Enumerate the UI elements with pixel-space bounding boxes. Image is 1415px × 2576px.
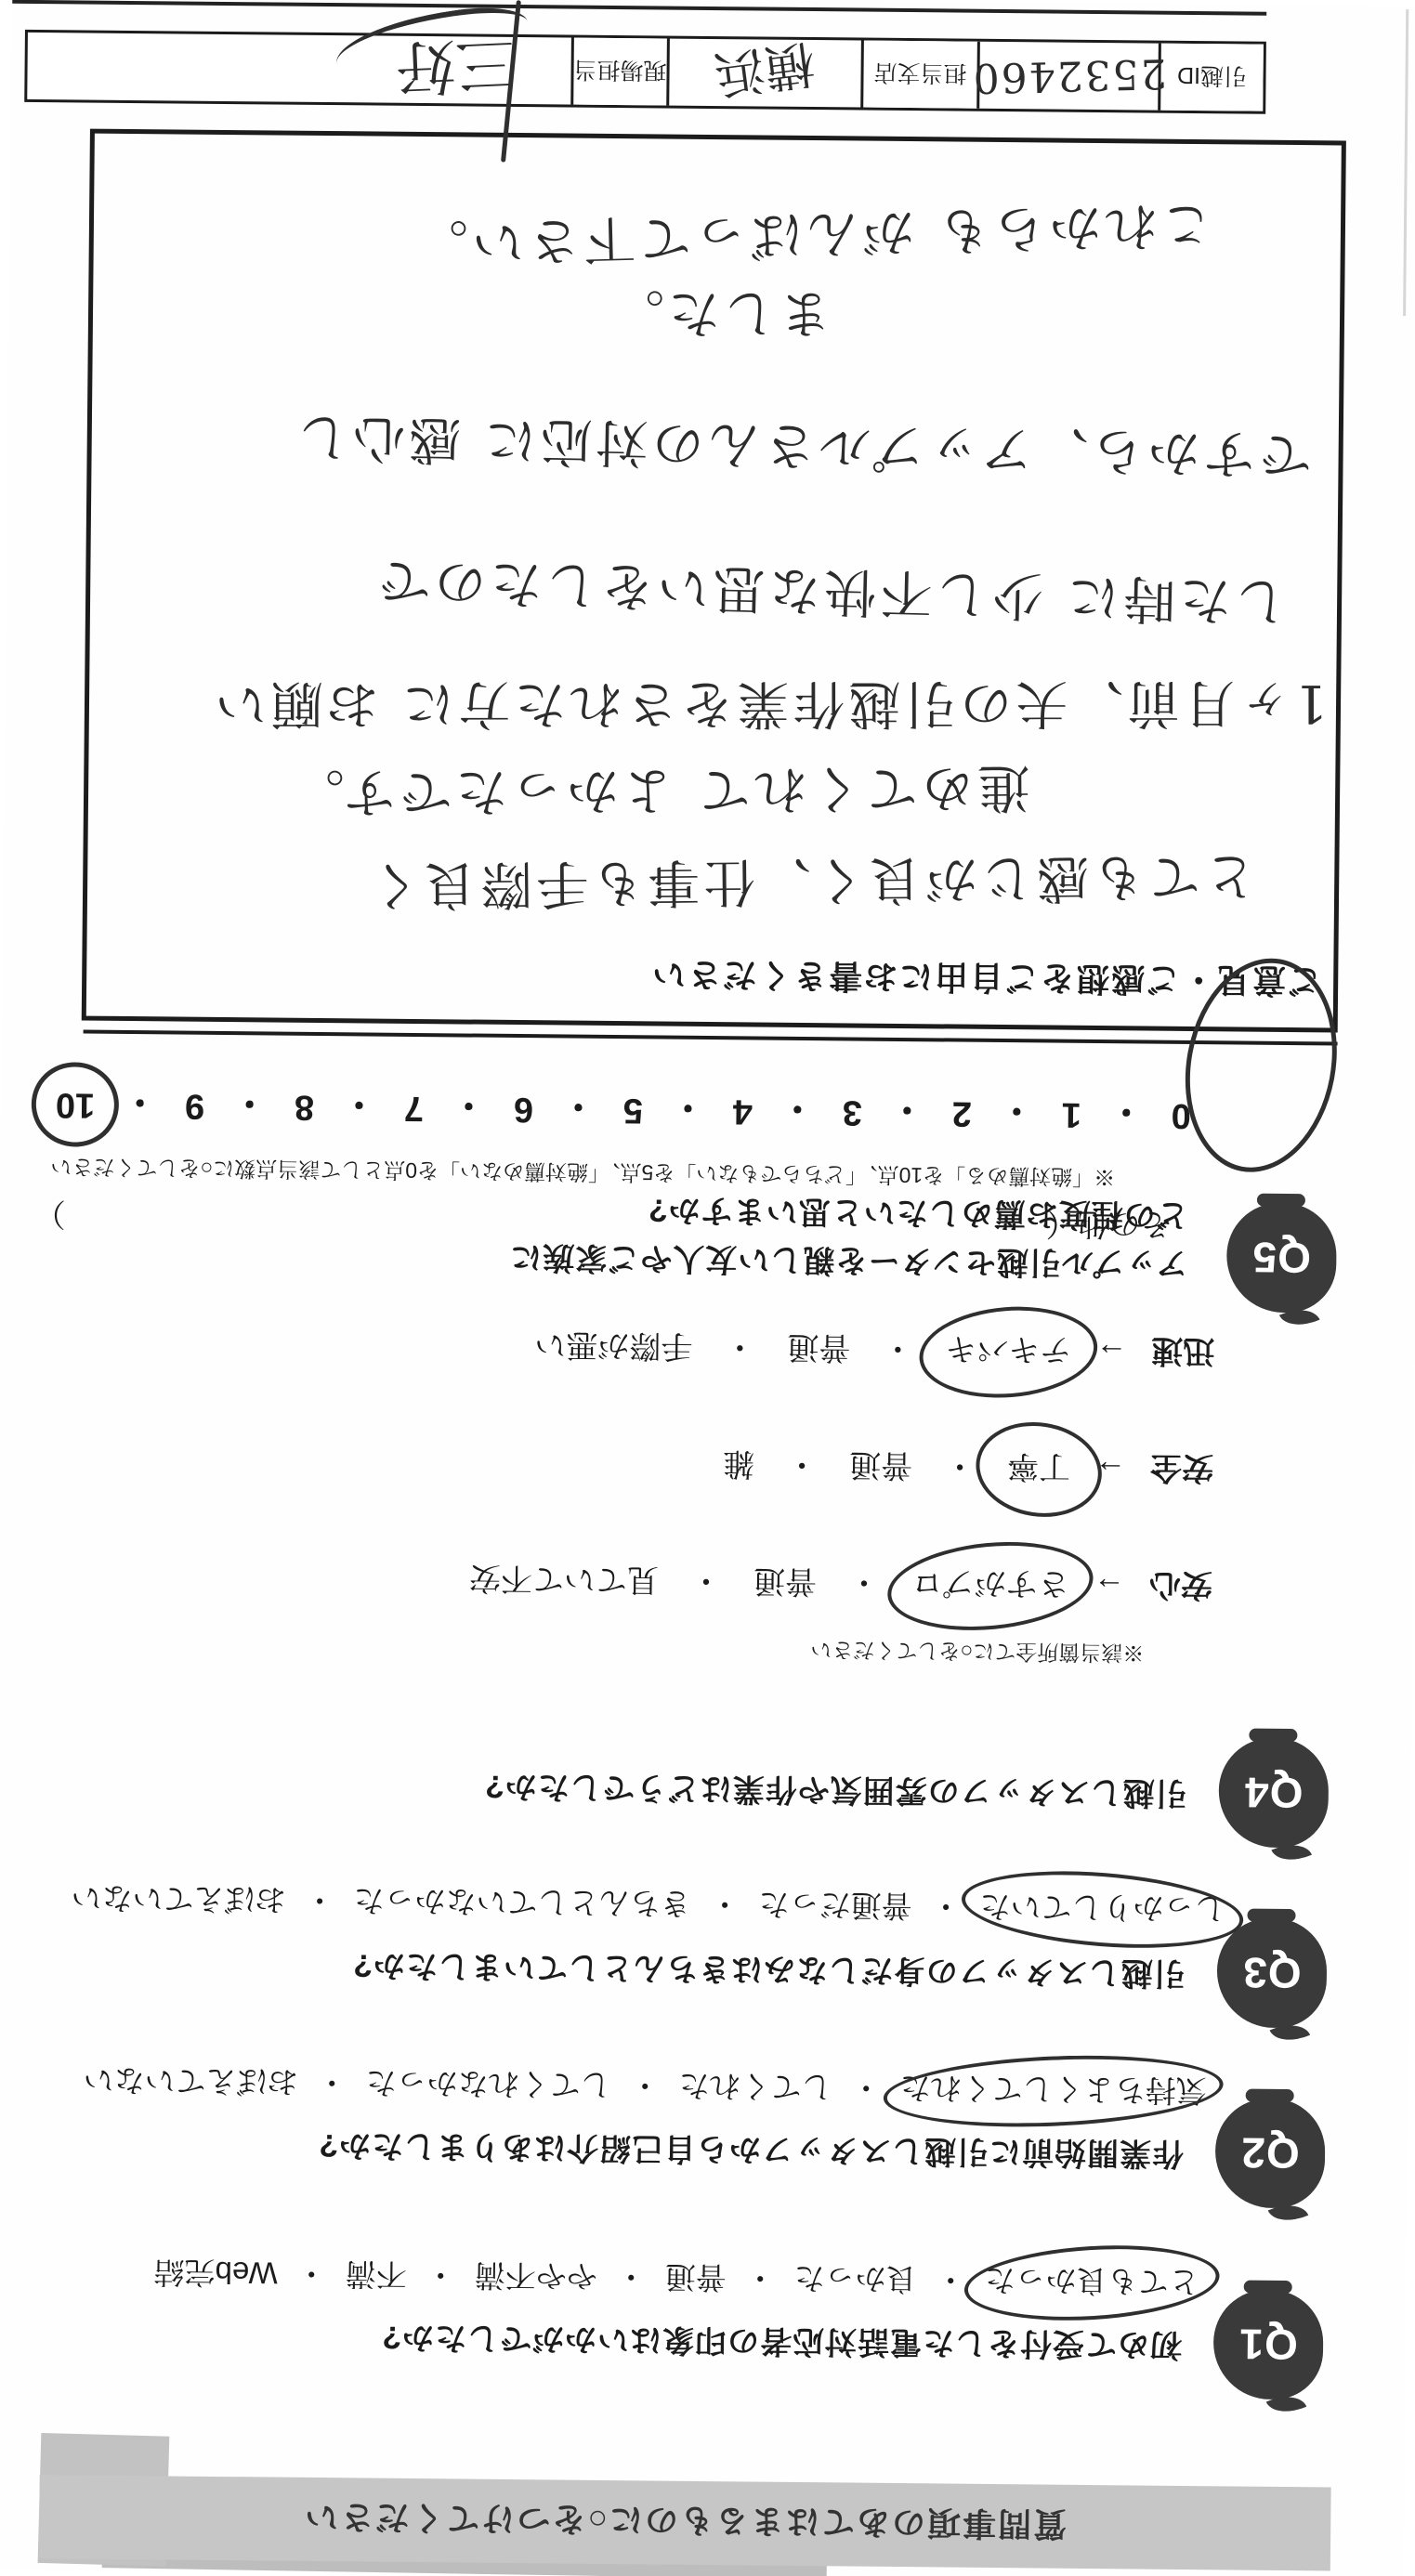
q1-option: とても良かった (985, 2263, 1199, 2299)
comment-box-outer-line (84, 1030, 1338, 1046)
q1-question-text: 初めて受付をした電話対応者の印象はいかがでしたか? (381, 2318, 1182, 2371)
option-separator: ・ (738, 2257, 783, 2301)
scale-value: 9 (185, 1086, 205, 1126)
scale-separator: ・ (772, 1086, 823, 1138)
instruction-banner-text: 質問事項のあてはまるものに○をつけてください (303, 2495, 1067, 2550)
q3-option: しっかりしていた (979, 1890, 1225, 1927)
q1-option-selected: とても良かった (985, 2260, 1199, 2306)
q4-row2-selected: 丁寧 (1007, 1446, 1070, 1493)
q3-option: おぼえていない (71, 1877, 285, 1923)
scale-value: 4 (733, 1091, 753, 1131)
q4-row-anzen: 安全 → 丁寧 ・ 普通 ・ 雑 (723, 1444, 1213, 1494)
q2-badge-label: Q2 (1240, 2128, 1300, 2179)
q4-row-jinsoku: 迅速 → テキパキ ・ 普通 ・ 手際が悪い (534, 1325, 1214, 1377)
q4-row-label: 迅速 (1151, 1331, 1214, 1378)
branch-value-cell: 横浜 (669, 39, 864, 108)
q4-note: ※該当箇所全てに○をしてください (810, 1636, 1144, 1669)
option-separator: ・ (701, 1884, 747, 1928)
scale-value: 3 (843, 1092, 863, 1131)
arrow-icon: → (1094, 1452, 1126, 1488)
q4-option: 普通 (849, 1445, 912, 1491)
q1-badge: Q1 (1213, 2289, 1324, 2399)
scale-value: 8 (295, 1087, 315, 1127)
q2-question-text: 作業開始前に引越しスタッフから自己紹介はありましたか? (318, 2125, 1184, 2179)
scanned-survey-page: 質問事項のあてはまるものに○をつけてください Q1 初めて受付をした電話対応者の… (0, 0, 1415, 2576)
branch-label-cell: 担当支店 (863, 41, 980, 109)
option-separator: ・ (296, 1880, 342, 1924)
option-separator: ・ (622, 2065, 668, 2109)
q2-option: してくれなかった (366, 2063, 611, 2110)
q3-option-selected: しっかりしていた (979, 1887, 1225, 1933)
option-separator: ・ (937, 1445, 983, 1491)
q4-option: 丁寧 (1007, 1448, 1070, 1484)
q5-note: ※「絶対薦める」を10点、「どちらでもない」を5点、「絶対薦めない」を0点として… (50, 1153, 1115, 1194)
q5-question-line1: アップル引越センターを親しい友人やご家族に (509, 1237, 1187, 1289)
move-id-label-cell: 引越ID (1160, 44, 1264, 111)
q2-option-selected: 気持ちよくしてくれた (899, 2068, 1206, 2114)
option-separator: ・ (418, 2255, 464, 2298)
q3-badge: Q3 (1216, 1917, 1327, 2028)
scale-separator: ・ (1101, 1089, 1152, 1141)
option-separator: ・ (683, 1561, 729, 1606)
handwritten-branch-name: 横浜 (711, 31, 819, 114)
handwritten-move-id: 2532460 (971, 50, 1167, 102)
scale-separator: ・ (443, 1082, 494, 1134)
scale-value-selected: 10 (56, 1084, 96, 1124)
q4-row3-selected: テキパキ (945, 1328, 1071, 1375)
scale-value: 7 (404, 1088, 425, 1128)
q1-option: Web完結 (153, 2252, 278, 2296)
q4-badge-label: Q4 (1244, 1768, 1304, 1819)
option-separator: ・ (844, 2067, 889, 2111)
handwritten-comment-line: とても感じが良く、仕事も手際良く (365, 843, 1257, 927)
q2-option: おぼえていない (84, 2060, 298, 2106)
survey-document-rotated: 質問事項のあてはまるものに○をつけてください Q1 初めて受付をした電話対応者の… (0, 0, 1415, 2576)
scale-value: 10 (56, 1085, 96, 1124)
arrow-icon: → (1095, 1335, 1127, 1371)
option-separator: ・ (923, 1886, 968, 1929)
q3-option: 普通だった (758, 1885, 911, 1930)
q4-row1-selected: さすがプロ (911, 1563, 1069, 1610)
page-bottom-line (12, 0, 1266, 16)
q2-options-row: 気持ちよくしてくれた ・ してくれた ・ してくれなかった ・ おぼえていない (84, 2060, 1207, 2115)
q4-option: 見ていて不安 (469, 1559, 659, 1606)
scale-separator: ・ (114, 1079, 165, 1131)
q4-option: さすがプロ (911, 1564, 1069, 1602)
footer-info-table: 引越ID 2532460 担当支店 横浜 現場担当 三好 (24, 30, 1266, 114)
scale-separator: ・ (553, 1083, 604, 1135)
option-separator: ・ (289, 2254, 334, 2297)
q4-row-anshin: 安心 → さすがプロ ・ 普通 ・ 見ていて不安 (469, 1559, 1212, 1612)
q4-option: 手際が悪い (534, 1325, 692, 1372)
staff-label-cell: 現場担当 (573, 38, 670, 106)
scale-value: 0 (1171, 1095, 1191, 1135)
scale-separator: ・ (991, 1088, 1042, 1140)
option-separator: ・ (609, 2256, 654, 2300)
option-separator: ・ (309, 2062, 355, 2106)
option-separator: ・ (779, 1445, 825, 1490)
q1-options-row: とても良かった ・ 良かった ・ 普通 ・ やや不満 ・ 不満 ・ Web完結 (153, 2252, 1199, 2306)
branch-label: 担当支店 (873, 58, 966, 92)
staff-label: 現場担当 (573, 55, 666, 89)
instruction-banner: 質問事項のあてはまるものに○をつけてください (39, 2475, 1331, 2570)
q4-option: 普通 (787, 1327, 850, 1374)
q1-option: 不満 (346, 2254, 407, 2298)
scale-separator: ・ (224, 1080, 275, 1132)
scale-value: 2 (952, 1093, 973, 1133)
move-id-value-cell: 2532460 (979, 42, 1161, 111)
scale-separator: ・ (662, 1085, 714, 1137)
q1-option: 普通 (665, 2257, 727, 2302)
scale-separator: ・ (882, 1087, 933, 1139)
handwritten-comment-line: 1ヶ月前、夫の引越作業をされた方に お願い (212, 670, 1329, 745)
q4-option: 雑 (723, 1444, 754, 1489)
q4-row-label: 安全 (1150, 1448, 1213, 1495)
q2-option: 気持ちよくしてくれた (900, 2071, 1207, 2108)
q1-badge-label: Q1 (1238, 2320, 1298, 2371)
scale-value: 6 (514, 1089, 534, 1129)
q4-option: 普通 (753, 1561, 817, 1607)
staff-signature-cell: 三好 (27, 33, 574, 105)
q2-option: してくれた (679, 2066, 832, 2112)
q2-badge: Q2 (1215, 2098, 1326, 2208)
q5-badge: Q5 (1226, 1202, 1337, 1313)
q1-option: 良かった (794, 2258, 917, 2303)
q5-question-line2: どの程度お薦めしたいと思いますか? (648, 1190, 1188, 1241)
q3-question-text: 引越しスタッフの身だしなみはきちんとしていましたか? (352, 1945, 1186, 1999)
scale-value: 1 (1062, 1094, 1082, 1134)
handwritten-comment-line: 進めてくれて よかったです。 (288, 753, 1029, 833)
handwritten-comment-line: ました。 (609, 280, 832, 354)
q3-option: きちんとしていなかった (353, 1880, 690, 1927)
arrow-icon: → (1094, 1569, 1125, 1605)
scale-value: 5 (623, 1090, 644, 1130)
option-separator: ・ (874, 1328, 921, 1374)
scale-separator: ・ (334, 1081, 385, 1133)
q1-option: やや不満 (475, 2256, 597, 2300)
q4-badge: Q4 (1218, 1737, 1329, 1848)
move-id-label: 引越ID (1177, 60, 1247, 95)
q3-options-row: しっかりしていた ・ 普通だった ・ きちんとしていなかった ・ おぼえていない (71, 1877, 1225, 1932)
q3-badge-label: Q3 (1242, 1948, 1302, 1999)
q5-badge-label: Q5 (1251, 1233, 1311, 1284)
nps-scale-row: 0 ・ 1 ・ 2 ・ 3 ・ 4 ・ 5 ・ 6 ・ 7 ・ 8 ・ 9 ・ … (56, 1079, 1191, 1141)
q4-option: テキパキ (945, 1330, 1071, 1366)
scan-side-shadow (1403, 9, 1408, 316)
q4-other-close: ） (33, 1194, 65, 1239)
comment-box-header: ご意見・ご感想をご自由にお書きください (650, 952, 1321, 1006)
option-separator: ・ (928, 2259, 974, 2303)
option-separator: ・ (841, 1562, 887, 1607)
option-separator: ・ (716, 1327, 763, 1372)
q4-row-label: 安心 (1149, 1565, 1212, 1612)
q4-question-text: 引越しスタッフの雰囲気や作業はどうでしたか? (484, 1767, 1187, 1819)
